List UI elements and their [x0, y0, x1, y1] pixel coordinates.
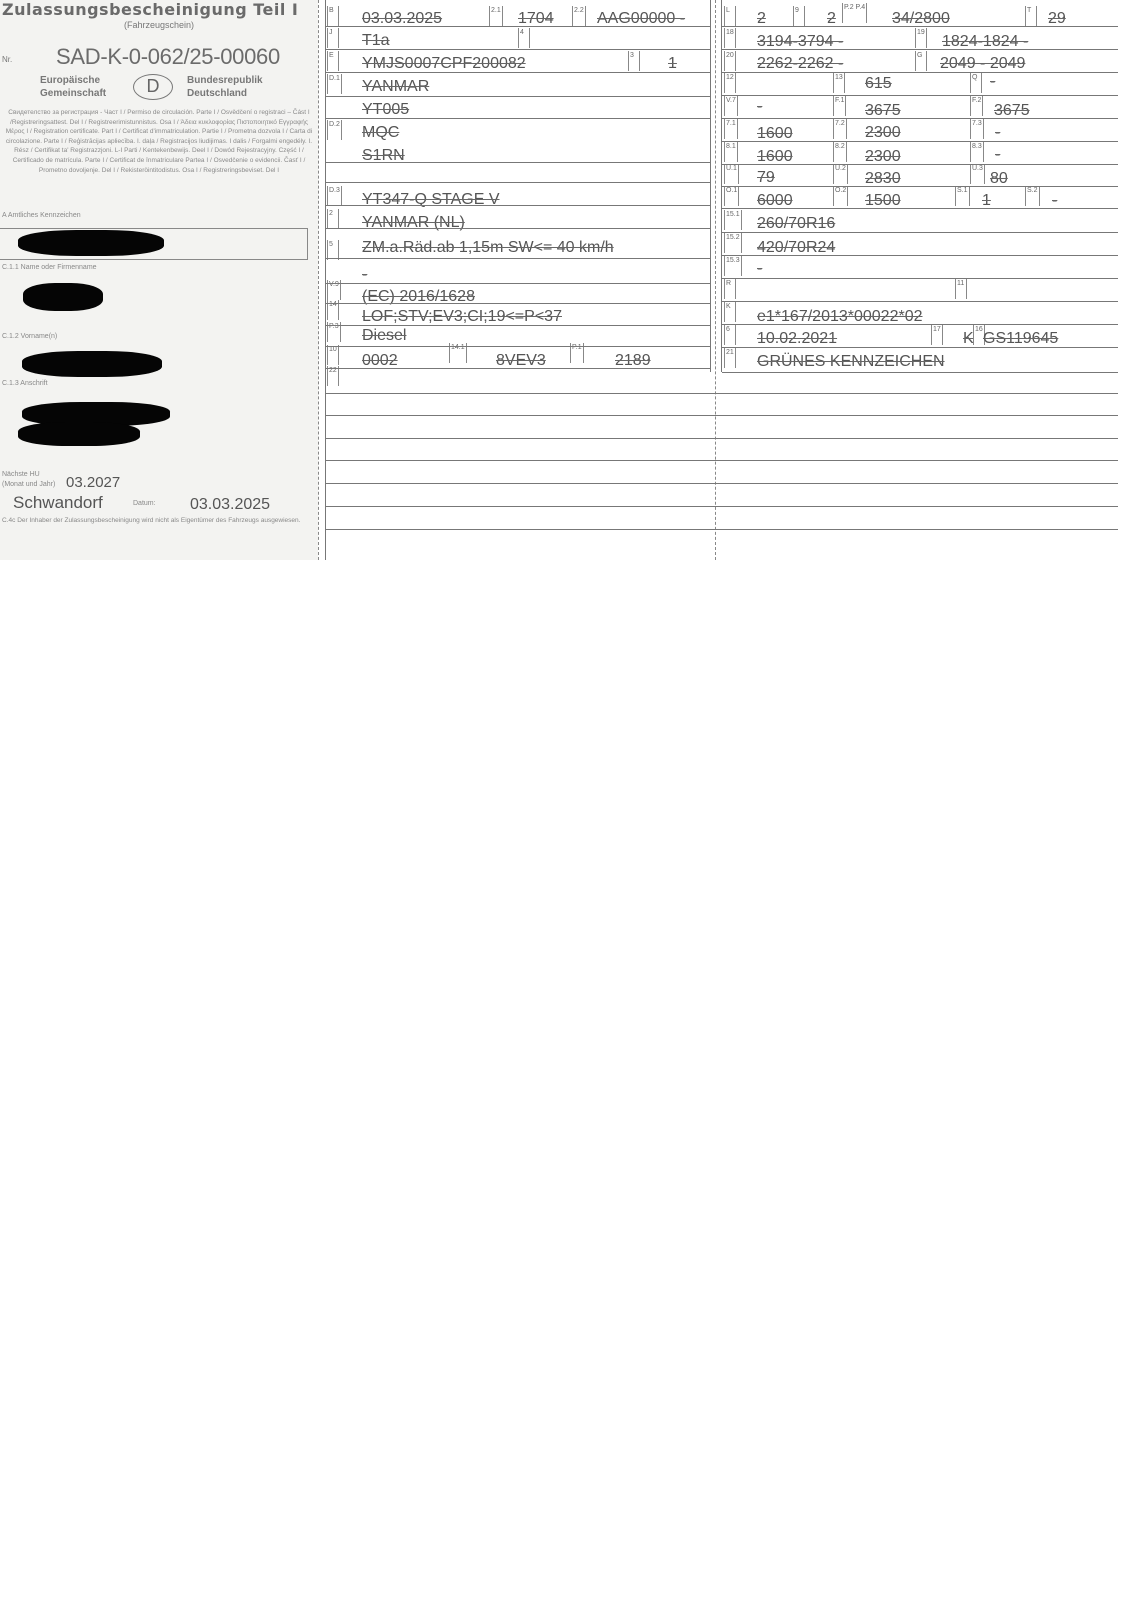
field-code-f-2: F.2 — [970, 96, 983, 116]
field-code-s-1: S.1 — [955, 186, 970, 206]
field-code-7-2: 7.2 — [833, 119, 847, 139]
ownership-note: C.4c Der Inhaber der Zulassungsbescheini… — [2, 516, 302, 525]
field-value-5: ZM.a.Räd.ab 1,15m SW<= 40 km/h — [362, 239, 614, 257]
field-code-13: 13 — [833, 73, 845, 93]
field-value-20: 2262-2262 - — [757, 55, 843, 73]
field-code-u-3: U.3 — [970, 164, 985, 184]
row-line — [326, 26, 710, 27]
field-value-u-1: 79 — [757, 169, 775, 187]
row-line — [722, 118, 1118, 119]
row-line — [722, 164, 1118, 165]
row-line — [326, 283, 710, 284]
field-value-7-3: - — [995, 124, 1000, 142]
form-border-left — [325, 0, 326, 560]
field-code-s-2: S.2 — [1025, 186, 1040, 206]
plate-label: A Amtliches Kennzeichen — [2, 212, 81, 219]
fold-line-left — [318, 0, 319, 560]
row-line — [722, 278, 1118, 279]
fold-line-middle — [715, 0, 716, 560]
field-value-6: 10.02.2021 — [757, 330, 837, 348]
document-subtitle: (Fahrzeugschein) — [0, 20, 318, 30]
row-line — [722, 372, 1118, 373]
field-value-3: 1 — [668, 55, 677, 73]
firstname-label: C.1.2 Vorname(n) — [2, 333, 57, 340]
row-line — [326, 346, 710, 347]
field-code-20: 20 — [724, 51, 736, 71]
row-line — [326, 96, 710, 97]
row-line — [326, 205, 710, 206]
field-code-u-1: U.1 — [724, 164, 739, 184]
field-code-l: L — [724, 6, 736, 26]
field-code-5: 5 — [327, 240, 339, 260]
field-value-g: 2049 - 2049 — [940, 55, 1025, 73]
field-code-f-1: F.1 — [833, 96, 846, 116]
field-value-16: GS119645 — [983, 330, 1058, 348]
field-code-2-1: 2.1 — [489, 6, 503, 26]
field-value-cont: YT005 — [362, 101, 409, 119]
row-line — [722, 26, 1118, 27]
field-value-v-9: - — [362, 266, 367, 284]
document-title: Zulassungsbescheinigung Teil I — [2, 0, 298, 19]
field-code-15-3: 15.3 — [724, 256, 742, 276]
field-code-d-2: D.2 — [327, 120, 342, 140]
field-code-2-2: 2.2 — [572, 6, 586, 26]
next-inspection-label: Nächste HU (Monat und Jahr) — [2, 470, 55, 490]
field-code-15-1: 15.1 — [724, 210, 742, 230]
certificate-header-panel: Zulassungsbescheinigung Teil I (Fahrzeug… — [0, 0, 318, 560]
row-line — [326, 162, 710, 163]
redacted-name — [23, 283, 103, 311]
row-line — [326, 182, 710, 183]
field-code-19: 19 — [915, 28, 927, 48]
field-value-15-3: - — [757, 260, 762, 278]
field-value-21: GRÜNES KENNZEICHEN — [757, 353, 945, 371]
field-code-o-2: O.2 — [833, 186, 848, 206]
row-line — [722, 141, 1118, 142]
field-code-p-2-p-4: P.2 P.4 — [842, 3, 867, 23]
field-code-22: 22 — [327, 366, 339, 386]
field-code-j: J — [327, 28, 339, 48]
field-code-6: 6 — [724, 325, 736, 345]
row-line — [722, 95, 1118, 96]
field-code-7-3: 7.3 — [970, 119, 984, 139]
field-value-13: 615 — [865, 75, 892, 93]
row-line — [722, 347, 1118, 348]
field-code-8-3: 8.3 — [970, 142, 984, 162]
address-label: C.1.3 Anschrift — [2, 380, 48, 387]
field-value-d-3: YT347-Q STAGE V — [362, 191, 500, 209]
row-line — [722, 72, 1118, 73]
blank-row-line — [326, 393, 1118, 394]
field-code-k: K — [724, 302, 736, 322]
field-code-11: 11 — [955, 279, 967, 299]
blank-row-line — [326, 438, 1118, 439]
name-label: C.1.1 Name oder Firmenname — [2, 264, 97, 271]
field-code-8-2: 8.2 — [833, 142, 847, 162]
blank-row-line — [326, 529, 1118, 530]
field-code-q: Q — [970, 73, 982, 93]
row-line — [722, 49, 1118, 50]
field-code-8-1: 8.1 — [724, 142, 738, 162]
field-value-q: - — [990, 73, 995, 91]
field-code-e: E — [327, 51, 339, 71]
field-code-t: T — [1025, 6, 1037, 26]
row-line — [722, 232, 1118, 233]
country-label: Bundesrepublik Deutschland — [187, 74, 263, 100]
field-code-7-1: 7.1 — [724, 119, 738, 139]
country-code-oval-icon: D — [133, 74, 173, 100]
redacted-firstname — [22, 351, 162, 377]
field-code-2: 2 — [327, 209, 339, 229]
field-code-12: 12 — [724, 73, 736, 93]
field-code-21: 21 — [724, 348, 736, 368]
field-code-d-3: D.3 — [327, 186, 342, 206]
blank-row-line — [326, 506, 1118, 507]
field-value-2: YANMAR (NL) — [362, 214, 465, 232]
row-line — [326, 325, 710, 326]
field-value-7-2: 2300 — [865, 124, 901, 142]
field-value-d-2: MQC — [362, 124, 399, 142]
blank-row-line — [326, 415, 1118, 416]
field-value-15-1: 260/70R16 — [757, 215, 835, 233]
field-code-4: 4 — [518, 28, 530, 48]
field-code-o-1: O.1 — [724, 186, 739, 206]
row-line — [722, 255, 1118, 256]
field-value-d-1: YANMAR — [362, 78, 429, 96]
field-code-v-7: V.7 — [724, 96, 738, 116]
row-line — [326, 303, 710, 304]
field-value-8-3: - — [995, 146, 1000, 164]
field-value-p-3: Diesel — [362, 327, 406, 345]
row-line — [722, 186, 1118, 187]
document-number: SAD-K-0-062/25-00060 — [56, 44, 280, 70]
row-line — [326, 49, 710, 50]
row-line — [722, 208, 1118, 209]
date-label: Datum: — [133, 500, 156, 507]
field-code-g: G — [915, 51, 927, 71]
blank-row-line — [326, 483, 1118, 484]
row-line — [722, 324, 1118, 325]
redacted-address-2 — [18, 422, 140, 446]
field-code-10: 10 — [327, 345, 339, 365]
row-line — [326, 258, 710, 259]
issuing-place: Schwandorf — [13, 493, 103, 513]
multilingual-caption: Свидетелство за регистрация - Част I / P… — [0, 108, 318, 175]
row-line — [326, 118, 710, 119]
row-line — [326, 72, 710, 73]
field-value-e: YMJS0007CPF200082 — [362, 55, 526, 73]
field-code-9: 9 — [793, 6, 805, 26]
field-value-v-7: - — [757, 98, 762, 116]
field-code-u-2: U.2 — [833, 164, 848, 184]
row-line — [326, 368, 710, 369]
issue-date: 03.03.2025 — [190, 496, 270, 514]
blank-row-line — [326, 460, 1118, 461]
eu-label: Europäische Gemeinschaft — [40, 74, 106, 100]
field-code-b: B — [327, 6, 339, 26]
column-divider — [710, 0, 711, 372]
field-code-d-1: D.1 — [327, 74, 342, 94]
row-line — [326, 228, 710, 229]
row-line — [722, 301, 1118, 302]
field-code-17: 17 — [931, 325, 943, 345]
number-label: Nr. — [2, 55, 12, 64]
field-code-3: 3 — [628, 51, 640, 71]
field-code-18: 18 — [724, 28, 736, 48]
next-inspection-date: 03.2027 — [66, 474, 120, 491]
field-value-j: T1a — [362, 32, 390, 50]
field-value-14: LOF;STV;EV3;CI;19<=P<37 — [362, 308, 562, 326]
field-code-15-2: 15.2 — [724, 233, 742, 253]
redacted-plate — [18, 230, 164, 256]
field-code-r: R — [724, 279, 736, 299]
